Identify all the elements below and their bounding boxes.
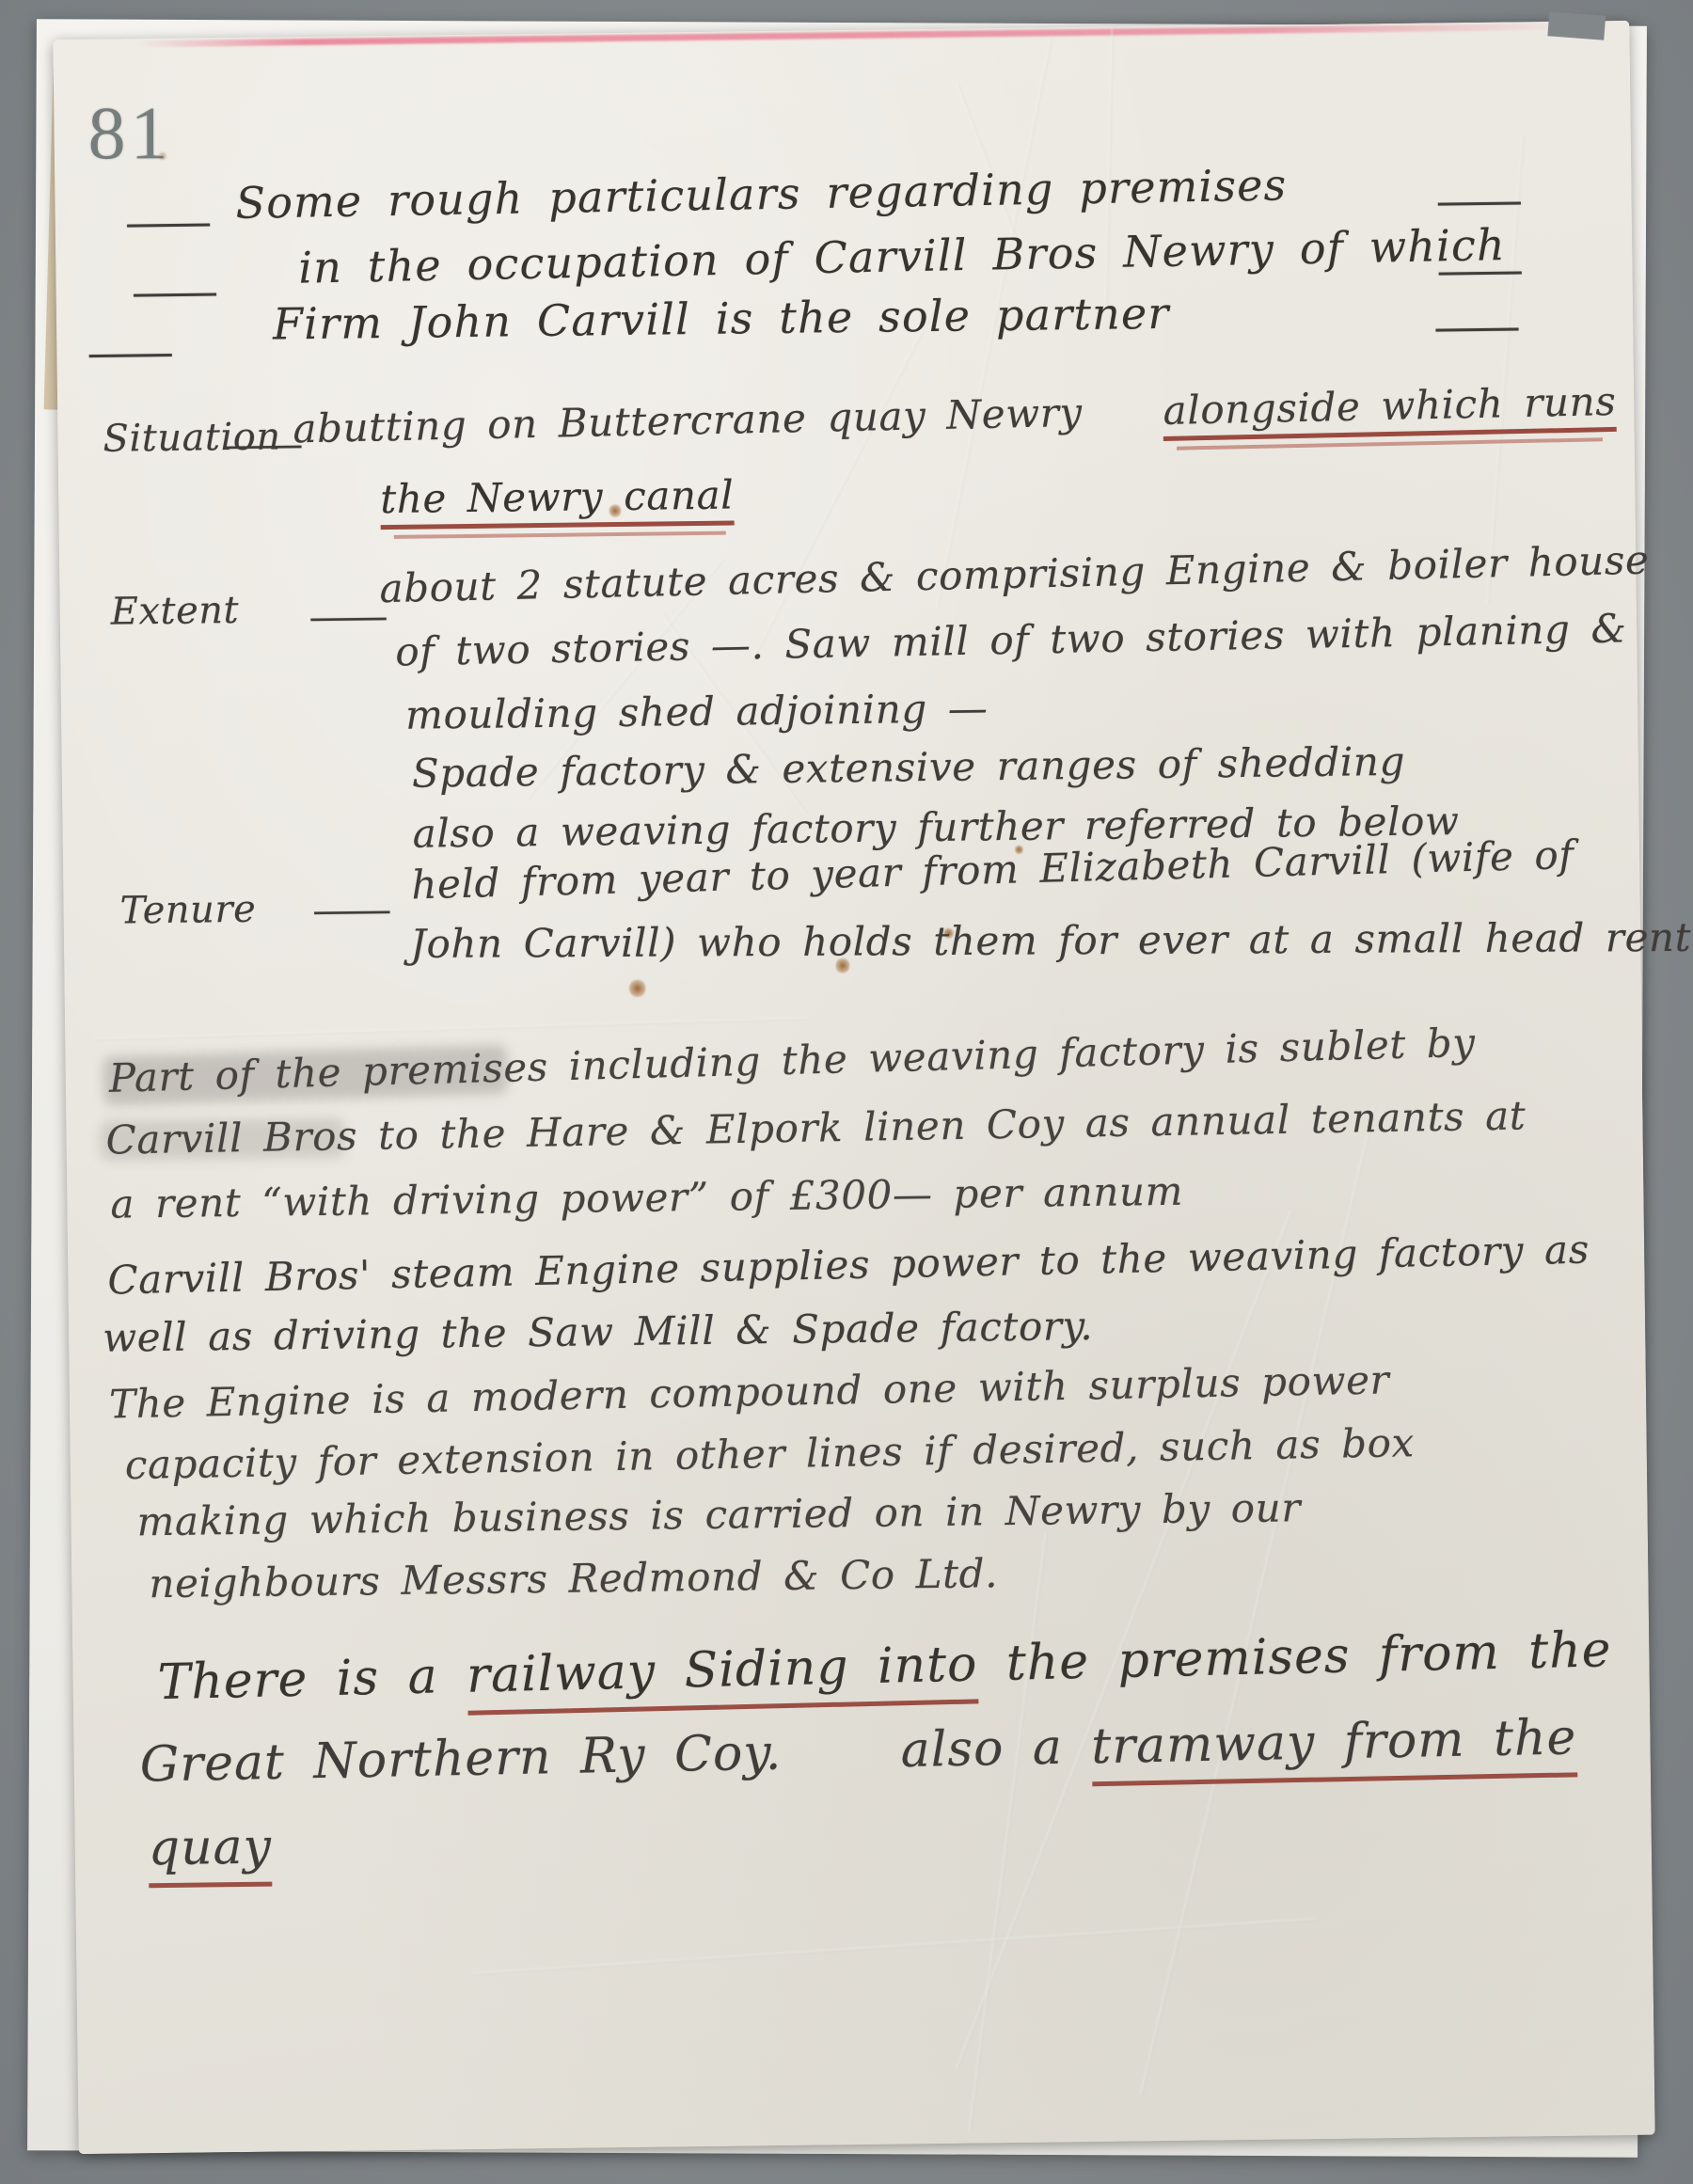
red-underlined-text: quay	[148, 1819, 272, 1889]
dash-icon: —	[109, 326, 154, 378]
section-label-tenure: Tenure	[119, 888, 256, 933]
handwriting-line: The Engine is a modern compound one with…	[109, 1356, 1390, 1427]
handwriting-line: of two stories —. Saw mill of two storie…	[395, 605, 1627, 674]
handwriting-line: well as driving the Saw Mill & Spade fac…	[103, 1303, 1094, 1361]
red-underlined-text: alongside which runs	[1163, 378, 1617, 451]
paper-crease	[968, 1533, 1047, 2130]
handwriting-line: capacity for extension in other lines if…	[124, 1419, 1415, 1488]
paper-crease	[750, 311, 933, 664]
handwriting-line: abutting on Buttercrane quay Newry along…	[293, 378, 1617, 451]
dash-icon: —	[329, 593, 370, 640]
handwriting-line: neighbours Messrs Redmond & Co Ltd.	[149, 1550, 998, 1606]
railway-text: Great Northern Ry Coy.	[139, 1725, 783, 1794]
handwriting-line: moulding shed adjoining —	[405, 685, 989, 738]
page-number: 81	[87, 91, 172, 177]
paper-tear-notch	[1547, 11, 1606, 40]
rust-stain	[629, 978, 646, 999]
handwriting-line: a rent “with driving power” of £300— per…	[110, 1168, 1183, 1227]
section-label-extent: Extent	[110, 589, 239, 634]
handwriting-line: about 2 statute acres & comprising Engin…	[379, 537, 1650, 612]
red-underlined-text: tramway from the	[1091, 1709, 1577, 1786]
handwriting-line: Carvill Bros' steam Engine supplies powe…	[107, 1227, 1590, 1304]
manuscript-page: 81 — Some rough particulars regarding pr…	[53, 21, 1654, 2154]
dash-icon: —	[1456, 301, 1501, 353]
handwriting-line: Carvill Bros to the Hare & Elpork linen …	[105, 1092, 1526, 1163]
paper-crease	[471, 1918, 1316, 1975]
red-underlined-text: the Newry canal	[380, 472, 735, 540]
red-underlined-text: railway Siding into	[466, 1636, 978, 1715]
dash-icon: —	[1459, 244, 1504, 295]
situation-text: abutting on Buttercrane quay Newry	[293, 389, 1083, 452]
dash-icon: —	[147, 197, 192, 248]
header-line: Some rough particulars regarding premise…	[235, 159, 1288, 229]
handwriting-line: There is a railway Siding into the premi…	[157, 1622, 1612, 1711]
handwriting-line: making which business is carried on in N…	[136, 1484, 1301, 1544]
handwriting-line: Great Northern Ry Coy. also a tramway fr…	[139, 1709, 1577, 1793]
header-line: Firm John Carvill is the sole partner	[273, 288, 1170, 350]
paper-crease	[93, 1017, 808, 1041]
dash-icon: —	[1458, 175, 1503, 227]
handwriting-line: John Carvill) who holds them for ever at…	[410, 914, 1691, 967]
header-line: in the occupation of Carvill Bros Newry …	[298, 219, 1506, 293]
photograph-background: 81 — Some rough particulars regarding pr…	[0, 0, 1693, 2184]
handwriting-line: Spade factory & extensive ranges of shed…	[412, 738, 1406, 797]
railway-text: There is a	[157, 1648, 438, 1711]
dash-icon: —	[153, 265, 198, 317]
railway-text: also a	[900, 1719, 1063, 1779]
railway-text: the premises from the	[1005, 1622, 1612, 1692]
dash-icon: —	[244, 420, 284, 467]
dash-icon: —	[332, 886, 372, 933]
